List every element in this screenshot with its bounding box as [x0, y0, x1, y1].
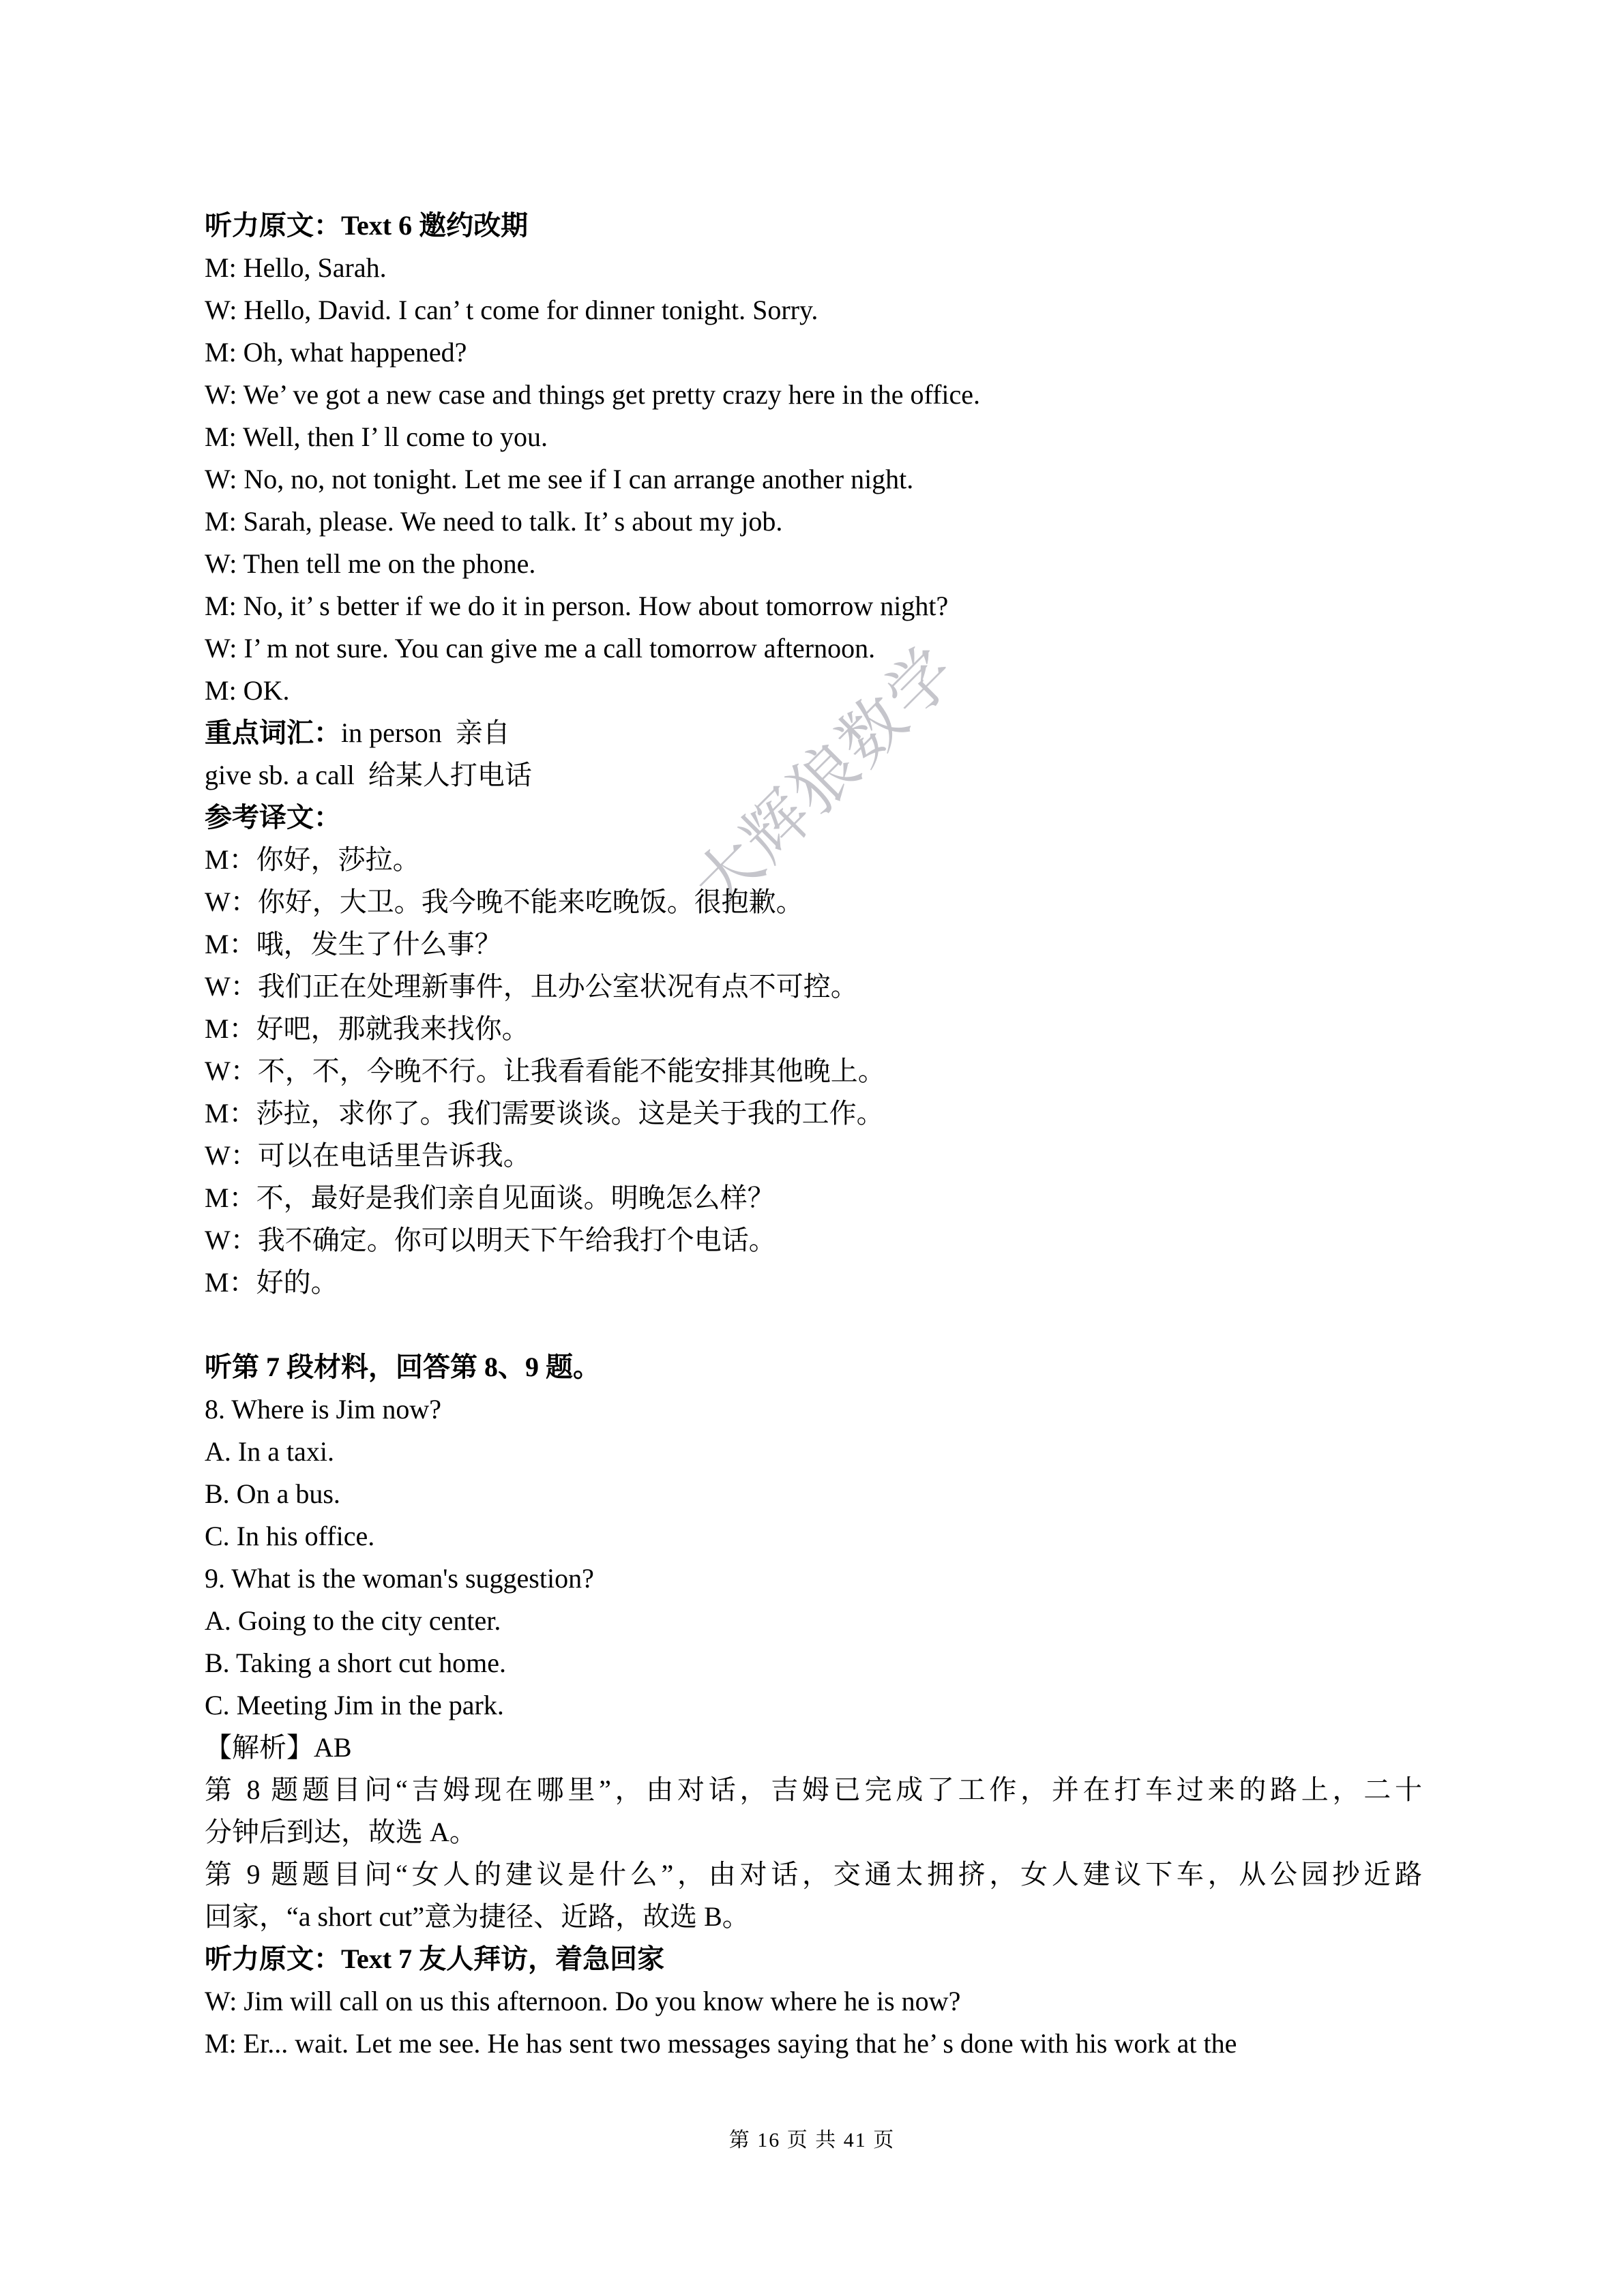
- text-segment: W：你好，大卫。我今晚不能来吃晚饭。很抱歉。: [205, 886, 803, 917]
- text-line: M：不，最好是我们亲自见面谈。明晚怎么样？: [205, 1177, 1422, 1219]
- text-line: M：好吧，那就我来找你。: [205, 1008, 1422, 1050]
- text-line: 参考译文：: [205, 796, 1422, 839]
- bold-text-segment: 重点词汇：: [205, 717, 341, 748]
- text-line: W：你好，大卫。我今晚不能来吃晚饭。很抱歉。: [205, 881, 1422, 923]
- text-line: give sb. a call 给某人打电话: [205, 754, 1422, 796]
- text-segment: 第 8 题题目问“吉姆现在哪里”，由对话，吉姆已完成了工作，并在打车过来的路上，…: [205, 1774, 1422, 1805]
- text-segment: W：我们正在处理新事件，且办公室状况有点不可控。: [205, 971, 858, 1002]
- text-line: A. Going to the city center.: [205, 1600, 1422, 1642]
- text-line: W: We’ ve got a new case and things get …: [205, 374, 1422, 416]
- text-segment: B. Taking a short cut home.: [205, 1648, 506, 1678]
- text-segment: M：不，最好是我们亲自见面谈。明晚怎么样？: [205, 1182, 775, 1213]
- text-segment: M: Sarah, please. We need to talk. It’ s…: [205, 506, 782, 537]
- text-segment: W: Jim will call on us this afternoon. D…: [205, 1986, 960, 2016]
- text-line: W：我不确定。你可以明天下午给我打个电话。: [205, 1219, 1422, 1262]
- text-segment: in person 亲自: [341, 717, 510, 748]
- text-segment: W: Hello, David. I can’ t come for dinne…: [205, 295, 818, 325]
- text-segment: W: I’ m not sure. You can give me a call…: [205, 633, 875, 664]
- text-segment: M：你好，莎拉。: [205, 844, 420, 875]
- document-body: 听力原文：Text 6 邀约改期M: Hello, Sarah.W: Hello…: [205, 205, 1422, 2065]
- text-line: C. In his office.: [205, 1515, 1422, 1557]
- text-segment: W：可以在电话里告诉我。: [205, 1140, 531, 1171]
- text-line: W: Then tell me on the phone.: [205, 543, 1422, 585]
- text-segment: give sb. a call 给某人打电话: [205, 760, 532, 790]
- text-segment: M: Oh, what happened?: [205, 337, 467, 368]
- text-segment: M：好吧，那就我来找你。: [205, 1013, 529, 1044]
- text-line: 分钟后到达，故选 A。: [205, 1811, 1422, 1853]
- text-line: 听力原文：Text 7 友人拜访，着急回家: [205, 1938, 1422, 1980]
- text-segment: C. In his office.: [205, 1521, 374, 1551]
- text-line: W: I’ m not sure. You can give me a call…: [205, 627, 1422, 670]
- text-line: C. Meeting Jim in the park.: [205, 1684, 1422, 1727]
- text-segment: M：哦，发生了什么事？: [205, 929, 502, 959]
- text-line: 【解析】AB: [205, 1727, 1422, 1769]
- text-segment: W：不，不，今晚不行。让我看看能不能安排其他晚上。: [205, 1056, 885, 1086]
- text-line: M：好的。: [205, 1262, 1422, 1304]
- text-line: M: Oh, what happened?: [205, 331, 1422, 374]
- text-segment: 【解析】AB: [205, 1732, 352, 1763]
- text-line: W: Hello, David. I can’ t come for dinne…: [205, 289, 1422, 331]
- bold-text-segment: 听力原文：Text 7 友人拜访，着急回家: [205, 1943, 664, 1974]
- text-segment: A. In a taxi.: [205, 1436, 334, 1467]
- text-line: M: Er... wait. Let me see. He has sent t…: [205, 2023, 1422, 2065]
- text-line: 第 8 题题目问“吉姆现在哪里”，由对话，吉姆已完成了工作，并在打车过来的路上，…: [205, 1769, 1422, 1811]
- text-segment: 分钟后到达，故选 A。: [205, 1817, 477, 1847]
- text-line: 听第 7 段材料，回答第 8、9 题。: [205, 1346, 1422, 1388]
- text-segment: M：莎拉，求你了。我们需要谈谈。这是关于我的工作。: [205, 1098, 884, 1129]
- bold-text-segment: 参考译文：: [205, 802, 341, 833]
- text-line: W：不，不，今晚不行。让我看看能不能安排其他晚上。: [205, 1050, 1422, 1092]
- text-segment: M: Well, then I’ ll come to you.: [205, 421, 548, 452]
- text-line: B. Taking a short cut home.: [205, 1642, 1422, 1684]
- text-segment: C. Meeting Jim in the park.: [205, 1690, 504, 1720]
- text-line: M: Sarah, please. We need to talk. It’ s…: [205, 501, 1422, 543]
- blank-line: [205, 1304, 1422, 1346]
- text-segment: 8. Where is Jim now?: [205, 1394, 441, 1425]
- text-segment: 9. What is the woman's suggestion?: [205, 1563, 594, 1594]
- text-line: B. On a bus.: [205, 1473, 1422, 1515]
- text-line: 重点词汇：in person 亲自: [205, 712, 1422, 754]
- document-page: 大辉狼数学 听力原文：Text 6 邀约改期M: Hello, Sarah.W:…: [0, 0, 1624, 2296]
- text-segment: A. Going to the city center.: [205, 1605, 501, 1636]
- text-line: W: Jim will call on us this afternoon. D…: [205, 1980, 1422, 2023]
- text-segment: M: No, it’ s better if we do it in perso…: [205, 591, 948, 621]
- text-segment: 第 9 题题目问“女人的建议是什么”，由对话，交通太拥挤，女人建议下车，从公园抄…: [205, 1859, 1422, 1890]
- text-segment: M：好的。: [205, 1267, 338, 1298]
- text-segment: M: Er... wait. Let me see. He has sent t…: [205, 2028, 1237, 2059]
- text-line: M: Hello, Sarah.: [205, 247, 1422, 289]
- text-segment: M: Hello, Sarah.: [205, 252, 387, 283]
- text-line: M：莎拉，求你了。我们需要谈谈。这是关于我的工作。: [205, 1092, 1422, 1135]
- text-line: M: Well, then I’ ll come to you.: [205, 416, 1422, 458]
- text-line: 第 9 题题目问“女人的建议是什么”，由对话，交通太拥挤，女人建议下车，从公园抄…: [205, 1853, 1422, 1896]
- text-segment: M: OK.: [205, 675, 289, 706]
- bold-text-segment: 听力原文：Text 6 邀约改期: [205, 210, 528, 241]
- text-segment: W: We’ ve got a new case and things get …: [205, 379, 980, 410]
- text-segment: W: Then tell me on the phone.: [205, 548, 535, 579]
- text-line: 听力原文：Text 6 邀约改期: [205, 205, 1422, 247]
- text-line: 8. Where is Jim now?: [205, 1388, 1422, 1431]
- text-line: A. In a taxi.: [205, 1431, 1422, 1473]
- bold-text-segment: 听第 7 段材料，回答第 8、9 题。: [205, 1352, 600, 1382]
- text-segment: W: No, no, not tonight. Let me see if I …: [205, 464, 913, 494]
- text-segment: W：我不确定。你可以明天下午给我打个电话。: [205, 1225, 776, 1255]
- text-segment: 回家，“a short cut”意为捷径、近路，故选 B。: [205, 1901, 750, 1932]
- text-line: M: OK.: [205, 670, 1422, 712]
- text-line: 9. What is the woman's suggestion?: [205, 1557, 1422, 1600]
- text-line: W：可以在电话里告诉我。: [205, 1135, 1422, 1177]
- text-line: M: No, it’ s better if we do it in perso…: [205, 585, 1422, 627]
- text-line: M：哦，发生了什么事？: [205, 923, 1422, 966]
- page-footer: 第 16 页 共 41 页: [0, 2119, 1624, 2162]
- text-segment: B. On a bus.: [205, 1478, 340, 1509]
- text-line: M：你好，莎拉。: [205, 839, 1422, 881]
- text-line: W：我们正在处理新事件，且办公室状况有点不可控。: [205, 966, 1422, 1008]
- text-line: W: No, no, not tonight. Let me see if I …: [205, 458, 1422, 501]
- text-line: 回家，“a short cut”意为捷径、近路，故选 B。: [205, 1896, 1422, 1938]
